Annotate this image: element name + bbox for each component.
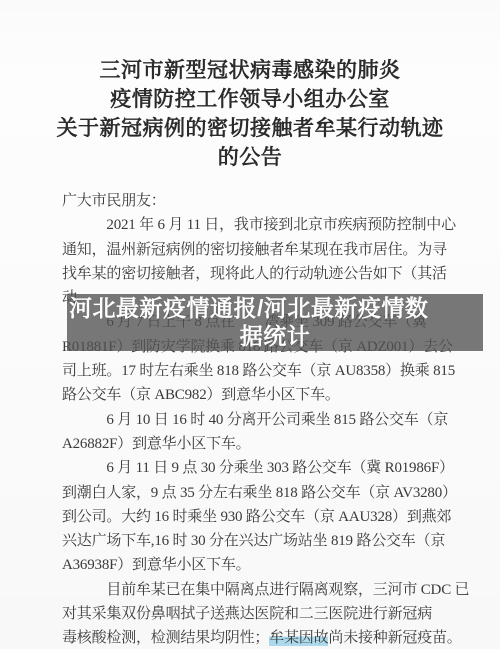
document-title: 三河市新型冠状病毒感染的肺炎疫情防控工作领导小组办公室关于新冠病例的密切接触者牟… <box>0 56 500 172</box>
final-line-suffix: 尚未接种新冠疫苗。 <box>328 630 461 646</box>
document-line: 对其采集双份鼻咽拭子送燕达医院和二三医院进行新冠病 <box>62 602 448 626</box>
document-line: A36938F）到意华小区下车。 <box>62 553 448 577</box>
document-line: 路公交车（京 ABC982）到意华小区下车。 <box>62 383 448 407</box>
document-line: 目前牟某已在集中隔离点进行隔离观察，三河市 CDC 已 <box>62 578 448 602</box>
document-line: 2021 年 6 月 11 日，我市接到北京市疾病预防控制中心 <box>62 213 448 237</box>
watermark-line1: 河北最新疫情通报/河北最新疫情数 <box>67 294 483 322</box>
notice-photo: 三河市新型冠状病毒感染的肺炎疫情防控工作领导小组办公室关于新冠病例的密切接触者牟… <box>0 0 500 649</box>
watermark-line2: 据统计 <box>67 322 483 350</box>
document-line: 找牟某的密切接触者，现将此人的行动轨迹公告如下（其活 <box>62 262 448 286</box>
title-line: 三河市新型冠状病毒感染的肺炎 <box>0 56 500 85</box>
document-line-final: 毒核酸检测，检测结果均阴性；牟某因故尚未接种新冠疫苗。 <box>62 626 448 649</box>
highlighted-text: 牟某因故 <box>269 630 328 646</box>
title-line: 的公告 <box>0 143 500 172</box>
document-line: 通知，温州新冠病例的密切接触者牟某现在我市居住。为寻 <box>62 238 448 262</box>
document-line: 6 月 11 日 9 点 30 分乘坐 303 路公交车（冀 R01986F） <box>62 456 448 480</box>
document-line: 6 月 10 日 16 时 40 分离开公司乘坐 815 路公交车（京 <box>62 408 448 432</box>
document-line: 司上班。17 时左右乘坐 818 路公交车（京 AU8358）换乘 815 <box>62 359 448 383</box>
document-line: 兴达广场下车,16 时 30 分在兴达广场站坐 819 路公交车（京 <box>62 529 448 553</box>
title-line: 疫情防控工作领导小组办公室 <box>0 85 500 114</box>
watermark-overlay: 河北最新疫情通报/河北最新疫情数 据统计 <box>67 294 483 351</box>
title-line: 关于新冠病例的密切接触者牟某行动轨迹 <box>0 114 500 143</box>
document-line: 广大市民朋友： <box>62 189 448 213</box>
document-line: 到公司。大约 16 时乘坐 930 路公交车（京 AAU328）到燕郊 <box>62 505 448 529</box>
document-body: 广大市民朋友： 2021 年 6 月 11 日，我市接到北京市疾病预防控制中心通… <box>62 189 448 649</box>
document-line: A26882F）到意华小区下车。 <box>62 432 448 456</box>
document-line: 到潮白人家，9 点 35 分左右乘坐 818 路公交车（京 AV3280） <box>62 481 448 505</box>
final-line-prefix: 毒核酸检测，检测结果均阴性； <box>62 630 269 646</box>
